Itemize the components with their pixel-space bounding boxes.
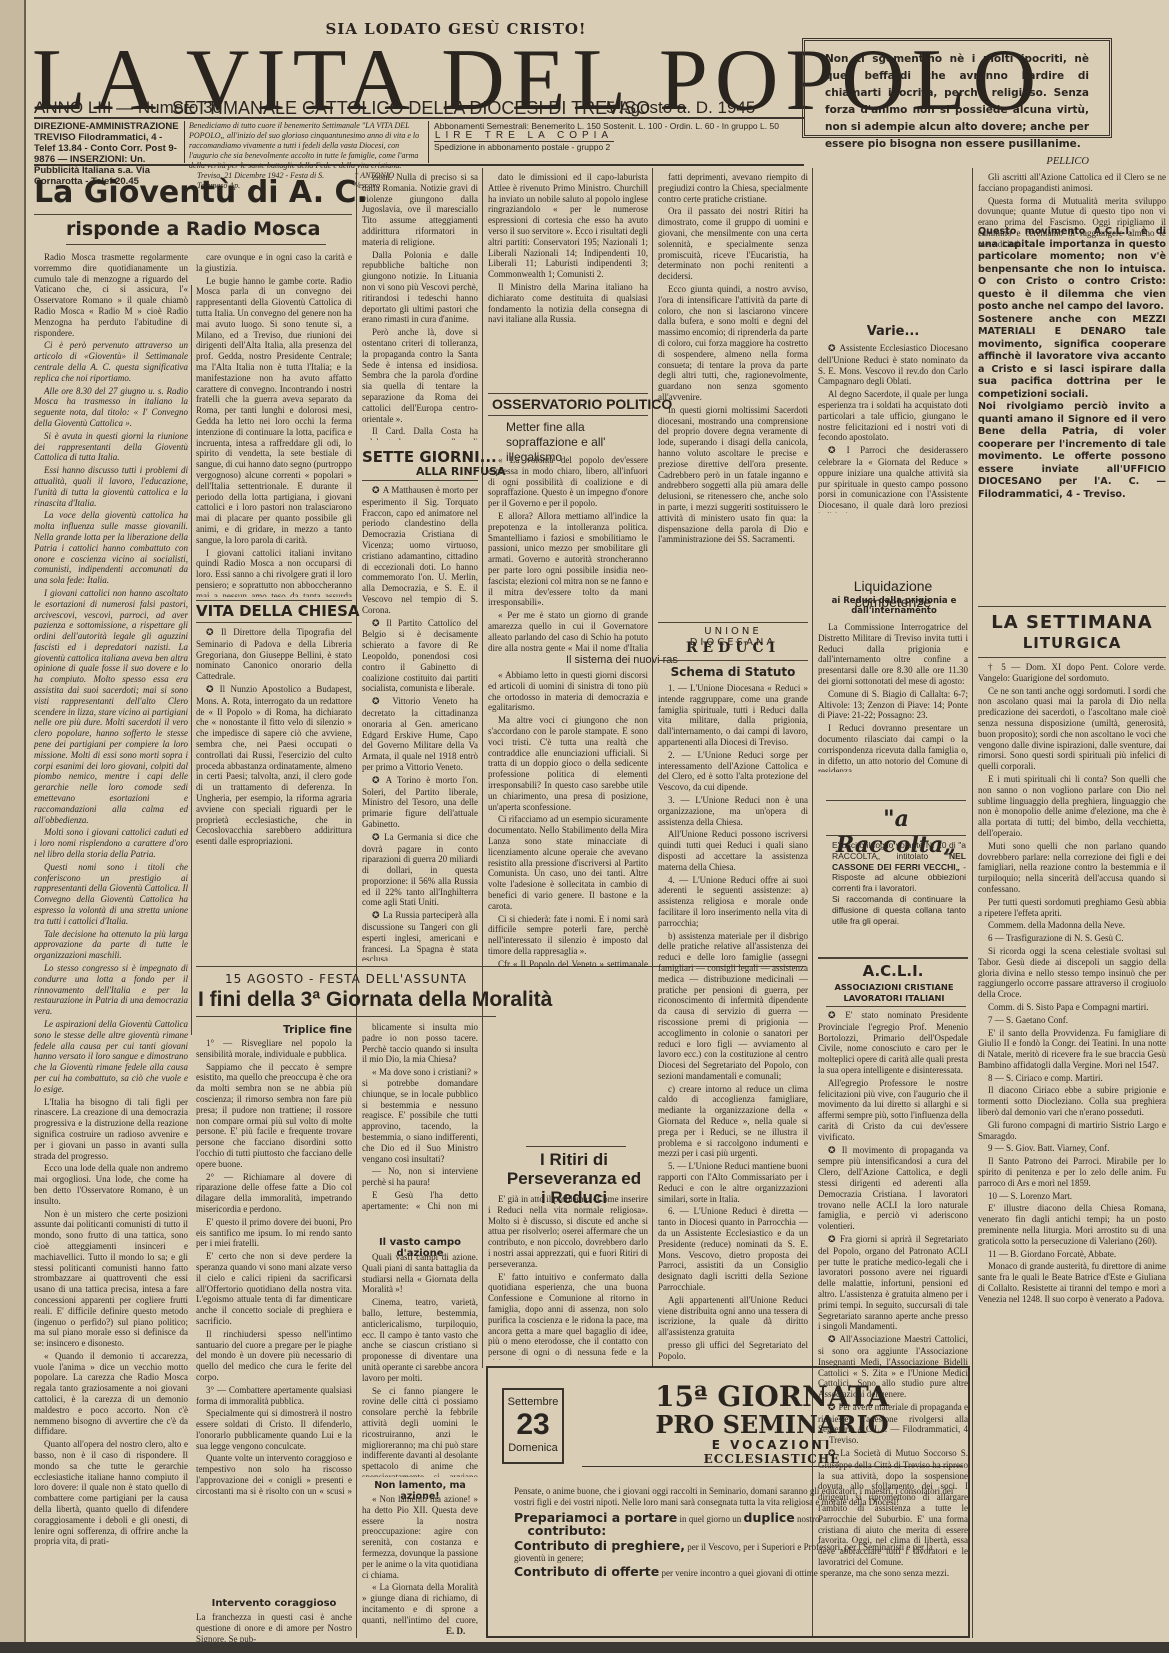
paragraph: Per tutti questi sordomuti preghiamo Ges…: [978, 897, 1166, 919]
sette-giorni-items: ✪ A Matthausen è morto per esperimento i…: [362, 485, 478, 961]
paragraph: Alle ore 8.30 del 27 giugno u. s. Radio …: [34, 386, 188, 429]
liquidazione-text: La Commissione Interrogatrice del Distre…: [818, 622, 968, 772]
divider: [818, 957, 968, 959]
paragraph: ✪ I Parroci che desiderassero celebrare …: [818, 445, 968, 513]
varie-heading: Varie...: [818, 324, 968, 339]
paragraph: Essi hanno discusso tutti i problemi di …: [34, 465, 188, 508]
news-col3: zioni. Nulla di preciso si sa dalla Roma…: [362, 172, 478, 440]
divider: [196, 622, 352, 623]
ad-prep-mid: in quel giorno un: [680, 1514, 742, 1524]
column-rule: [482, 168, 483, 1368]
divider: [34, 214, 352, 215]
page-margin: [0, 0, 24, 1642]
paragraph: Dalla Polonia e dalle repubbliche baltic…: [362, 250, 478, 326]
paragraph: « La volontà del popolo dev'essere espre…: [488, 455, 648, 509]
column-rule: [972, 168, 973, 1638]
divider: [362, 480, 478, 481]
paragraph: « Quando il demonio ti accarezza, vuole …: [34, 1351, 188, 1437]
varie-items: ✪ Assistente Ecclesiastico Diocesano del…: [818, 343, 968, 513]
spedizione: Spedizione in abbonamento postale - grup…: [434, 142, 806, 152]
ad-weekday: Domenica: [504, 1442, 562, 1454]
masthead-subtitle: SETTIMANALE CATTOLICO DELLA DIOCESI DI T…: [172, 98, 650, 119]
vasto-text: Quali vasti campi di azione. Quali piani…: [362, 1252, 478, 1477]
paragraph: « Per me è stato un giorno di grande ama…: [488, 610, 648, 653]
triplice-heading: Triplice fine: [256, 1024, 352, 1036]
paragraph: Monaco di grande austerità, fu direttore…: [978, 1261, 1166, 1304]
paragraph: ✪ Fra giorni si aprirà il Segretariato d…: [818, 1234, 968, 1332]
paragraph: ✪ La Russia parteciperà alla discussione…: [362, 910, 478, 961]
bullet-icon: ✪: [828, 1235, 840, 1245]
bullet-icon: ✪: [206, 628, 221, 638]
article-gioventu-col2: care ovunque e in ogni caso la carità e …: [196, 252, 352, 597]
paragraph: I giovani cattolici non hanno ascoltato …: [34, 588, 188, 826]
bullet-icon: ✪: [828, 344, 839, 354]
paragraph: Comune di S. Biagio di Callalta: 6-7; Al…: [818, 689, 968, 721]
paragraph: E i muti spirituali chi li conta? Son qu…: [978, 774, 1166, 839]
paragraph: 1. — L'Unione Diocesana « Reduci » inten…: [658, 683, 808, 748]
paragraph: Lo stesso congresso si è impegnato di co…: [34, 963, 188, 1017]
paragraph: blicamente si insulta mio padre io non p…: [362, 1022, 478, 1065]
headline-moralita: I fini della 3ª Giornata della Moralità: [198, 988, 552, 1012]
paragraph: b) assistenza materiale per il disbrigo …: [658, 931, 808, 1082]
paragraph: Agli appartenenti all'Unione Reduci vien…: [658, 1295, 808, 1338]
bullet-icon: ✪: [372, 619, 386, 629]
divider: [658, 660, 808, 661]
bishop-blessing: Benediciamo di tutto cuore il benemerito…: [184, 121, 429, 163]
ad-prep-2: duplice: [744, 1510, 795, 1525]
paragraph: E' illustre diacono della Chiesa Romana,…: [978, 1203, 1166, 1246]
newspaper-page: SIA LODATO GESÙ CRISTO! LA VITA DEL POPO…: [24, 0, 1169, 1642]
ad-day: 23: [504, 1408, 562, 1442]
divider: [826, 835, 966, 836]
bullet-icon: ✪: [206, 685, 220, 695]
paragraph: 8 — S. Ciriaco e comp. Martiri.: [978, 1073, 1166, 1084]
paragraph: Il Ministro della Marina italiano ha dic…: [488, 282, 648, 325]
paragraph: Le bugie hanno le gambe corte. Radio Mos…: [196, 276, 352, 546]
paragraph: 2. — L'Unione Reduci sorge per interessa…: [658, 750, 808, 793]
paragraph: Ci rifacciamo ad un esempio sicuramente …: [488, 814, 648, 911]
paragraph: E Gesù l'ha detto apertamente: « Chi non…: [362, 1190, 478, 1212]
paragraph: zioni. Nulla di preciso si sa dalla Roma…: [362, 172, 478, 248]
paragraph: ✪ Il Partito Cattolico del Belgio si è d…: [362, 618, 478, 695]
date-box: Settembre 23 Domenica: [502, 1388, 564, 1464]
paragraph: Quanto all'opera del nostro clero, alto …: [34, 1439, 188, 1547]
ad-prep-3: contributo:: [528, 1523, 607, 1538]
moralita-signature: E. D.: [446, 1626, 465, 1636]
paragraph: c) creare intorno al reduce un clima cal…: [658, 1084, 808, 1160]
paragraph: All'egregio Professore le nostre felicit…: [818, 1078, 968, 1143]
paragraph: 11 — B. Giordano Forcatè, Abbate.: [978, 1249, 1166, 1260]
liquidazione-subtitle: ai Reduci dalla prigionia e dall'interna…: [826, 596, 962, 616]
sistema-text: « Abbiamo letto in questi giorni discors…: [488, 670, 648, 970]
paragraph: Muti sono quelli che non parlano quando …: [978, 841, 1166, 895]
paragraph: « La Giornata della Moralità » giunge di…: [362, 1582, 478, 1624]
paragraph: 5. — L'Unione Reduci mantiene buoni rapp…: [658, 1161, 808, 1204]
paragraph: La voce della gioventù cattolica ha molt…: [34, 510, 188, 586]
acli-appeal: Questo movimento A.C.L.I. è di una capit…: [978, 226, 1166, 501]
ad-month: Settembre: [504, 1390, 562, 1408]
paragraph: ✪ Il Direttore della Tipografia del Semi…: [196, 627, 352, 682]
paragraph: Cinema, teatro, varietà, ballo, letture,…: [362, 1297, 478, 1383]
paragraph: I Reduci dovranno presentare un document…: [818, 723, 968, 772]
settimana-title: LA SETTIMANA: [978, 612, 1166, 633]
paragraph: 6 — Trasfigurazione di N. S. Gesù C.: [978, 933, 1166, 944]
ad-contrib-1: Contributo di preghiere,: [514, 1538, 685, 1553]
paragraph: Ora il passato dei nostri Ritiri ha dimo…: [658, 206, 808, 282]
paragraph: Ci è però pervenuto attraverso un artico…: [34, 340, 188, 383]
bullet-icon: ✪: [828, 1011, 845, 1021]
paragraph: E' questo il primo dovere dei buoni, Pro…: [196, 1217, 352, 1249]
paragraph: presso gli uffici del Segretariato del P…: [658, 1340, 808, 1362]
raccolta-text3: Si raccomanda di continuare la diffusion…: [832, 894, 966, 926]
vita-chiesa-items: ✪ Il Direttore della Tipografia del Semi…: [196, 627, 352, 955]
divider: [488, 393, 648, 394]
bullet-icon: ✪: [828, 1146, 842, 1156]
paragraph: 4. — L'Unione Reduci offre ai suoi adere…: [658, 875, 808, 929]
subscription-info: Abbonamenti Semestrali: Benemerito L. 15…: [434, 121, 806, 152]
paragraph: ✪ La Germania si dice che dovrà pagare i…: [362, 832, 478, 909]
scan-border: [0, 1642, 1169, 1653]
seminario-ad: Settembre 23 Domenica 15ª GIORNATA PRO S…: [486, 1366, 970, 1638]
paragraph: Sostenere anche con MEZZI MATERIALI E DE…: [978, 314, 1166, 402]
paragraph: E' il santo della Provvidenza. Fu famigl…: [978, 1028, 1166, 1071]
column-rule: [652, 168, 653, 1368]
divider: [826, 1006, 966, 1007]
paragraph: E' già in atto il problema: «Come inseri…: [488, 1194, 648, 1270]
paragraph: 9 — S. Giov. Batt. Viarney, Conf.: [978, 1143, 1166, 1154]
ad-title-4: ECCLESIASTICHE: [582, 1452, 962, 1467]
paragraph: 3° — Combattere apertamente qualsiasi fo…: [196, 1385, 352, 1407]
divider: [826, 800, 966, 801]
acli-subtitle: ASSOCIAZIONI CRISTIANE LAVORATORI ITALIA…: [826, 982, 962, 1004]
paragraph: Se ci fanno piangere le rovine delle cit…: [362, 1386, 478, 1477]
ritiri-text: E' già in atto il problema: «Come inseri…: [488, 1194, 648, 1360]
paragraph: L'Italia ha bisogno di tali figli per ri…: [34, 1097, 188, 1162]
paragraph: ✪ A Matthausen è morto per esperimento i…: [362, 485, 478, 616]
column-rule: [191, 285, 192, 1035]
divider: [526, 1146, 626, 1147]
paragraph: « Non lamento ma azione! » ha detto Pio …: [362, 1494, 478, 1580]
paragraph: Le aspirazioni della Gioventù Cattolica …: [34, 1019, 188, 1095]
paragraph: Commem. della Madonna della Neve.: [978, 920, 1166, 931]
paragraph: Gli furono compagni di martirio Sistrio …: [978, 1120, 1166, 1142]
paragraph: Al degno Sacerdote, il quale per lunga e…: [818, 389, 968, 443]
paragraph: Si è avuta in questi giorni la riunione …: [34, 431, 188, 463]
paragraph: ✪ Il movimento di propaganda va sempre p…: [818, 1145, 968, 1232]
divider: [658, 622, 808, 623]
section-osservatorio: OSSERVATORIO POLITICO: [492, 396, 672, 412]
liturgia-text: † 5 — Dom. XI dopo Pent. Colore verde. V…: [978, 662, 1166, 1638]
paragraph: 10 — S. Lorenzo Mart.: [978, 1191, 1166, 1202]
paragraph: fatti deprimenti, avevano riempito di pr…: [658, 172, 808, 204]
paragraph: In questi giorni moltissimi Sacerdoti di…: [658, 405, 808, 545]
paragraph: E allora? Allora mettiamo all'indice la …: [488, 511, 648, 608]
raccolta-text: E' uscito il foglio volante N. 10 di "a …: [832, 840, 966, 955]
paragraph: Il Card. Dalla Costa ha celebrato le sue…: [362, 426, 478, 440]
ad-title-2: PRO SEMINARIO: [582, 1412, 962, 1438]
statuto-text: 1. — L'Unione Diocesana « Reduci » inten…: [658, 683, 808, 1363]
paragraph: Ce ne son tanti anche oggi sordomuti. I …: [978, 686, 1166, 772]
paragraph: I giovani cattolici italiani invitano qu…: [196, 548, 352, 597]
ad-contrib-2-text: per venire incontro a quei giovani di ot…: [662, 1568, 950, 1578]
paragraph: Tale decisione ha ottenuto la più larga …: [34, 929, 188, 961]
bullet-icon: ✪: [372, 486, 383, 496]
article-gioventu-col1: Radio Mosca trasmette regolarmente vorre…: [34, 252, 188, 1638]
moralita-col2: blicamente si insulta mio padre io non p…: [362, 1022, 478, 1212]
schema-statuto: Schema di Statuto: [658, 665, 808, 679]
intervento-text: La franchezza in questi casi è anche que…: [196, 1612, 352, 1642]
bullet-icon: ✪: [372, 911, 383, 921]
acli-title: A.C.L.I.: [818, 962, 968, 980]
paragraph: ✪ Il Nunzio Apostolico a Budapest, Mons.…: [196, 684, 352, 847]
ritiri-continued: fatti deprimenti, avevano riempito di pr…: [658, 172, 808, 622]
paragraph: 7 — S. Gaetano Conf.: [978, 1015, 1166, 1026]
divider: [978, 606, 1166, 607]
ad-body: Pensate, o anime buone, che i giovani og…: [514, 1486, 954, 1579]
divider: [488, 415, 648, 416]
paragraph: Quante volte un intervento coraggioso e …: [196, 1453, 352, 1496]
headline-gioventu: La Gioventù di A. C.: [34, 175, 368, 210]
paragraph: Radio Mosca trasmette regolarmente vorre…: [34, 252, 188, 338]
paragraph: Ma altre voci ci giungono che non s'acco…: [488, 715, 648, 812]
moralita-col1: 1° — Risvegliare nel popolo la sensibili…: [196, 1038, 352, 1496]
paragraph: E' certo che non si deve perdere la sper…: [196, 1251, 352, 1327]
paragraph: Questo movimento A.C.L.I. è di una capit…: [978, 226, 1166, 314]
divider: [196, 600, 352, 601]
paragraph: « Ma dove sono i cristiani? » si potrebb…: [362, 1067, 478, 1164]
osservatorio-text: « La volontà del popolo dev'essere espre…: [488, 455, 648, 653]
bullet-icon: ✪: [828, 446, 847, 456]
paragraph: Ci si chiederà: fate i nomi. E i nomi sa…: [488, 914, 648, 957]
paragraph: Però anche là, dove si ostentano criteri…: [362, 327, 478, 424]
paragraph: Il rinchiudersi spesso nell'intimo santu…: [196, 1329, 352, 1383]
intervento-heading: Intervento coraggioso: [196, 1598, 352, 1609]
paragraph: Ecco giunta quindi, a nostro avviso, l'o…: [658, 284, 808, 403]
divider: [196, 1016, 496, 1017]
paragraph: 6. — L'Unione Reduci è diretta — tanto i…: [658, 1206, 808, 1292]
paragraph: Noi rivolgiamo perciò invito a quanti am…: [978, 401, 1166, 501]
paragraph: ✪ Vittorio Veneto ha decretato la cittad…: [362, 696, 478, 773]
news-col4: dato le dimissioni ed il capo-laburista …: [488, 172, 648, 390]
paragraph: E' fatto intuitivo e confermato dalla qu…: [488, 1272, 648, 1360]
quote-text: Non ti sgomentino nè i molti ipocriti, n…: [825, 53, 1089, 150]
paragraph: Sappiamo che il peccato è sempre esistit…: [196, 1062, 352, 1170]
paragraph: Il diacono Ciriaco ebbe a subire prigion…: [978, 1085, 1166, 1117]
paragraph: Cfr « Il Popolo del Veneto » settimanale…: [488, 959, 648, 970]
paragraph: Molti sono i giovani cattolici caduti ed…: [34, 827, 188, 859]
paragraph: Si ricorda oggi la scena celestiale svol…: [978, 946, 1166, 1000]
bullet-icon: ✪: [372, 776, 386, 786]
moralita-kicker: 15 AGOSTO - FESTA DELL'ASSUNTA: [196, 972, 496, 986]
bullet-icon: ✪: [828, 1335, 840, 1345]
issue-date: 5 Agosto a. D. 1945: [606, 98, 755, 118]
paragraph: All'Unione Reduci possono iscriversi qui…: [658, 829, 808, 872]
quote-box: Non ti sgomentino nè i molti ipocriti, n…: [802, 38, 1112, 138]
paragraph: Non è un mistero che certe posizioni ass…: [34, 1209, 188, 1349]
section-vita-chiesa: VITA DELLA CHIESA: [196, 602, 360, 620]
paragraph: Il Santo Patrono dei Parroci. Mirabile p…: [978, 1156, 1166, 1188]
paragraph: dato le dimissioni ed il capo-laburista …: [488, 172, 648, 280]
paragraph: Questi nomi sono i titoli che conferisco…: [34, 862, 188, 927]
paragraph: « Abbiamo letto in questi giorni discors…: [488, 670, 648, 713]
paragraph: Ecco una lode della quale non andremo ma…: [34, 1163, 188, 1206]
divider: [34, 117, 804, 119]
price: LIRE TRE LA COPIA: [434, 131, 614, 142]
quote-author: PELLICO: [1046, 153, 1089, 170]
bullet-icon: ✪: [372, 697, 392, 707]
paragraph: 2° — Richiamare al dovere di riparazione…: [196, 1172, 352, 1215]
divider: [978, 657, 1166, 658]
lamento-text: « Non lamento ma azione! » ha detto Pio …: [362, 1494, 478, 1624]
paragraph: Gli ascritti all'Azione Cattolica ed il …: [978, 172, 1166, 194]
paragraph: 3. — L'Unione Reduci non è una organizza…: [658, 795, 808, 827]
ad-title: 15ª GIORNATA PRO SEMINARIO E VOCAZIONI E…: [582, 1382, 962, 1467]
paragraph: Quali vasti campi di azione. Quali piani…: [362, 1252, 478, 1295]
ad-intro: Pensate, o anime buone, che i giovani og…: [514, 1486, 954, 1508]
bullet-icon: ✪: [372, 833, 384, 843]
paragraph: Specialmente qui si dimostrerà il nostro…: [196, 1408, 352, 1451]
paragraph: La Commissione Interrogatrice del Distre…: [818, 622, 968, 687]
paragraph: ✪ A Torino è morto l'on. Soleri, del Par…: [362, 775, 478, 830]
section-sette-giorni: SETTE GIORNI...: [362, 448, 497, 466]
subheadline-gioventu: risponde a Radio Mosca: [66, 218, 321, 240]
ad-prep-end: nostro: [797, 1514, 820, 1524]
ad-contrib-2: Contributo di offerte: [514, 1564, 659, 1579]
ad-title-1: 15ª GIORNATA: [582, 1382, 962, 1412]
paragraph: ✪ Assistente Ecclesiastico Diocesano del…: [818, 343, 968, 387]
divider: [66, 244, 326, 245]
paragraph: — No, non si interviene perchè si ha pau…: [362, 1166, 478, 1188]
paragraph: 1° — Risvegliare nel popolo la sensibili…: [196, 1038, 352, 1060]
ad-title-3: E VOCAZIONI: [582, 1438, 962, 1452]
divider: [34, 164, 804, 166]
paragraph: care ovunque e in ogni caso la carità e …: [196, 252, 352, 274]
unione-reduci-title: REDUCI: [658, 640, 808, 656]
paragraph: ✪ E' stato nominato Presidente Provincia…: [818, 1010, 968, 1076]
liturgica-title: LITURGICA: [978, 634, 1166, 652]
paragraph: Comm. di S. Sisto Papa e Compagni martir…: [978, 1002, 1166, 1013]
ritiri-spacer: [488, 1020, 648, 1040]
paragraph: † 5 — Dom. XI dopo Pent. Colore verde. V…: [978, 662, 1166, 684]
column-rule: [356, 168, 357, 1638]
